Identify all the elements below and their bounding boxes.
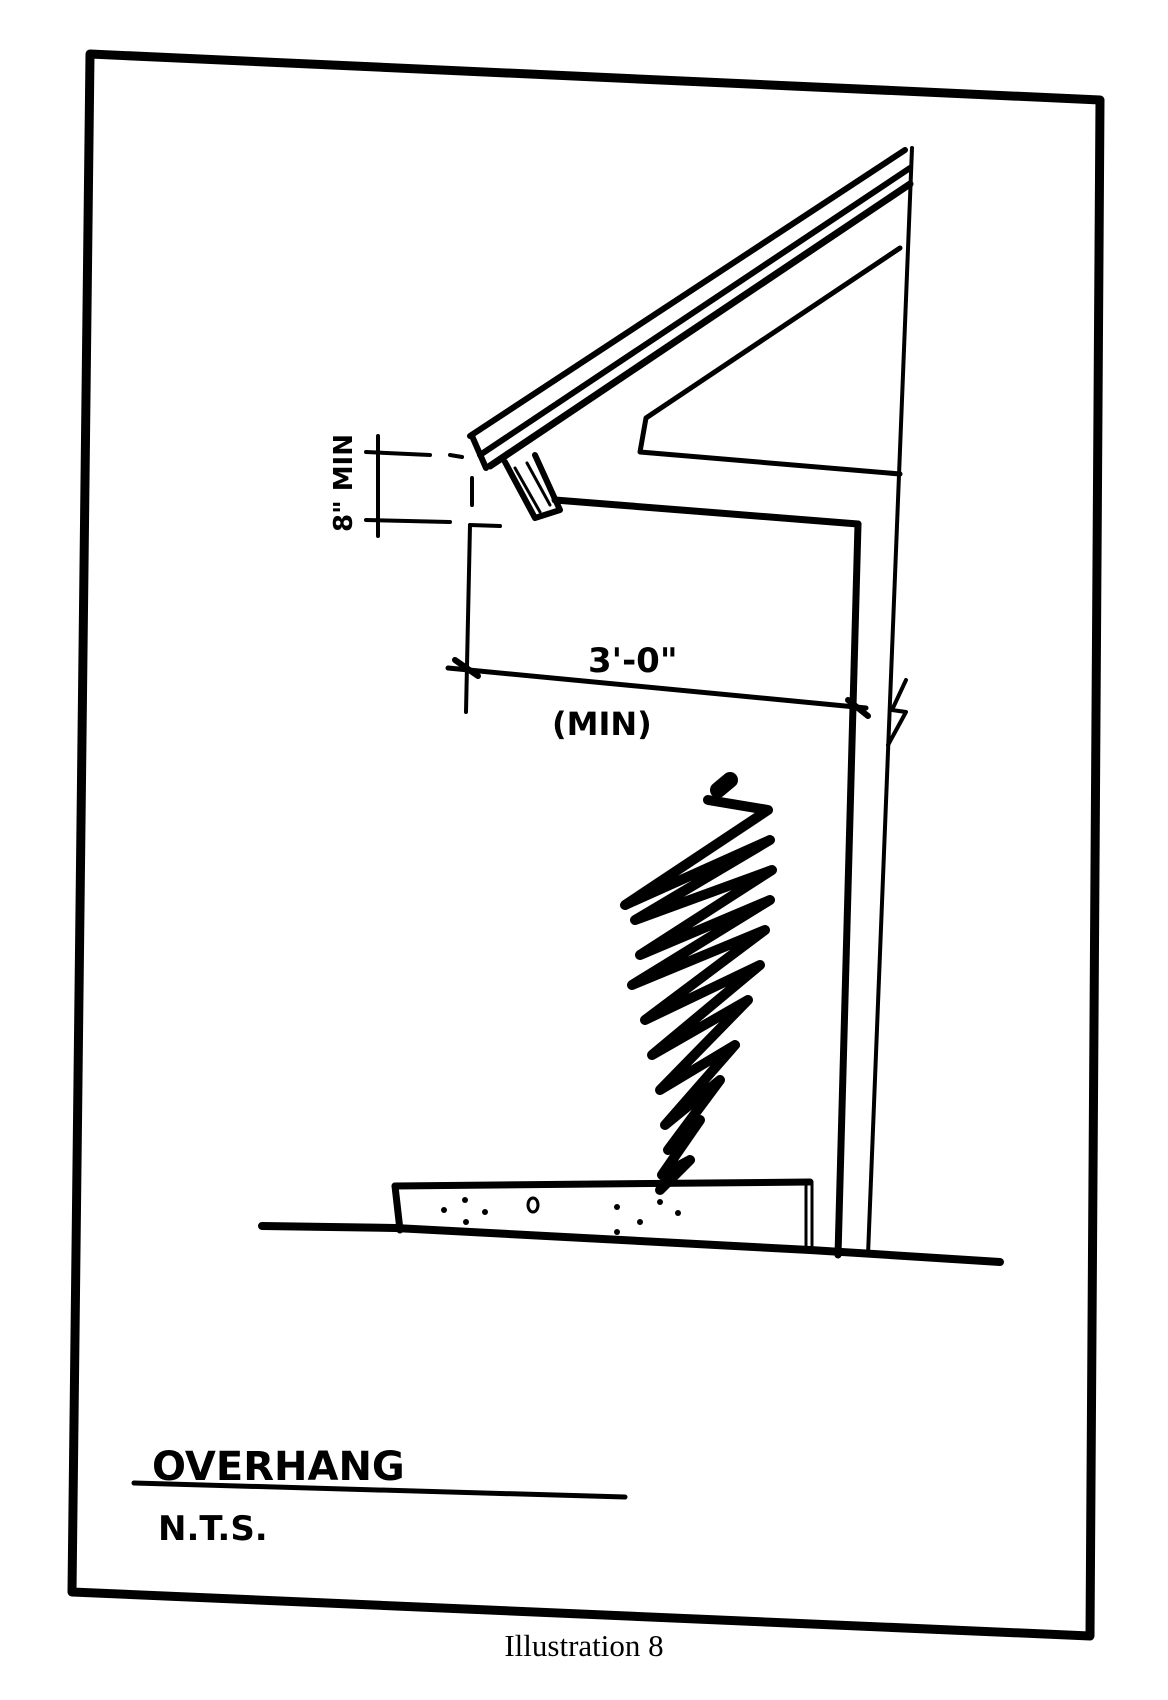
horizontal-dimension-label: 3'-0" <box>588 641 678 681</box>
fascia-board <box>505 455 560 518</box>
title-block: OVERHANG N.T.S. <box>134 1444 625 1549</box>
drawing-frame <box>72 54 1100 1636</box>
ground-line <box>262 1226 1000 1262</box>
vertical-dimension-label: 8" MIN <box>329 434 359 532</box>
horizontal-dimension-qualifier: (MIN) <box>552 705 652 743</box>
roof-assembly <box>470 150 910 524</box>
scale-note: N.T.S. <box>158 1509 268 1549</box>
vertical-dimension: 8" MIN <box>329 434 500 536</box>
shrub-scribble <box>625 780 772 1190</box>
overhang-section-drawing: 8" MIN 3'-0" (MIN) <box>0 0 1168 1700</box>
horizontal-dimension: 3'-0" (MIN) <box>448 525 868 743</box>
figure-caption: Illustration 8 <box>0 1628 1168 1664</box>
